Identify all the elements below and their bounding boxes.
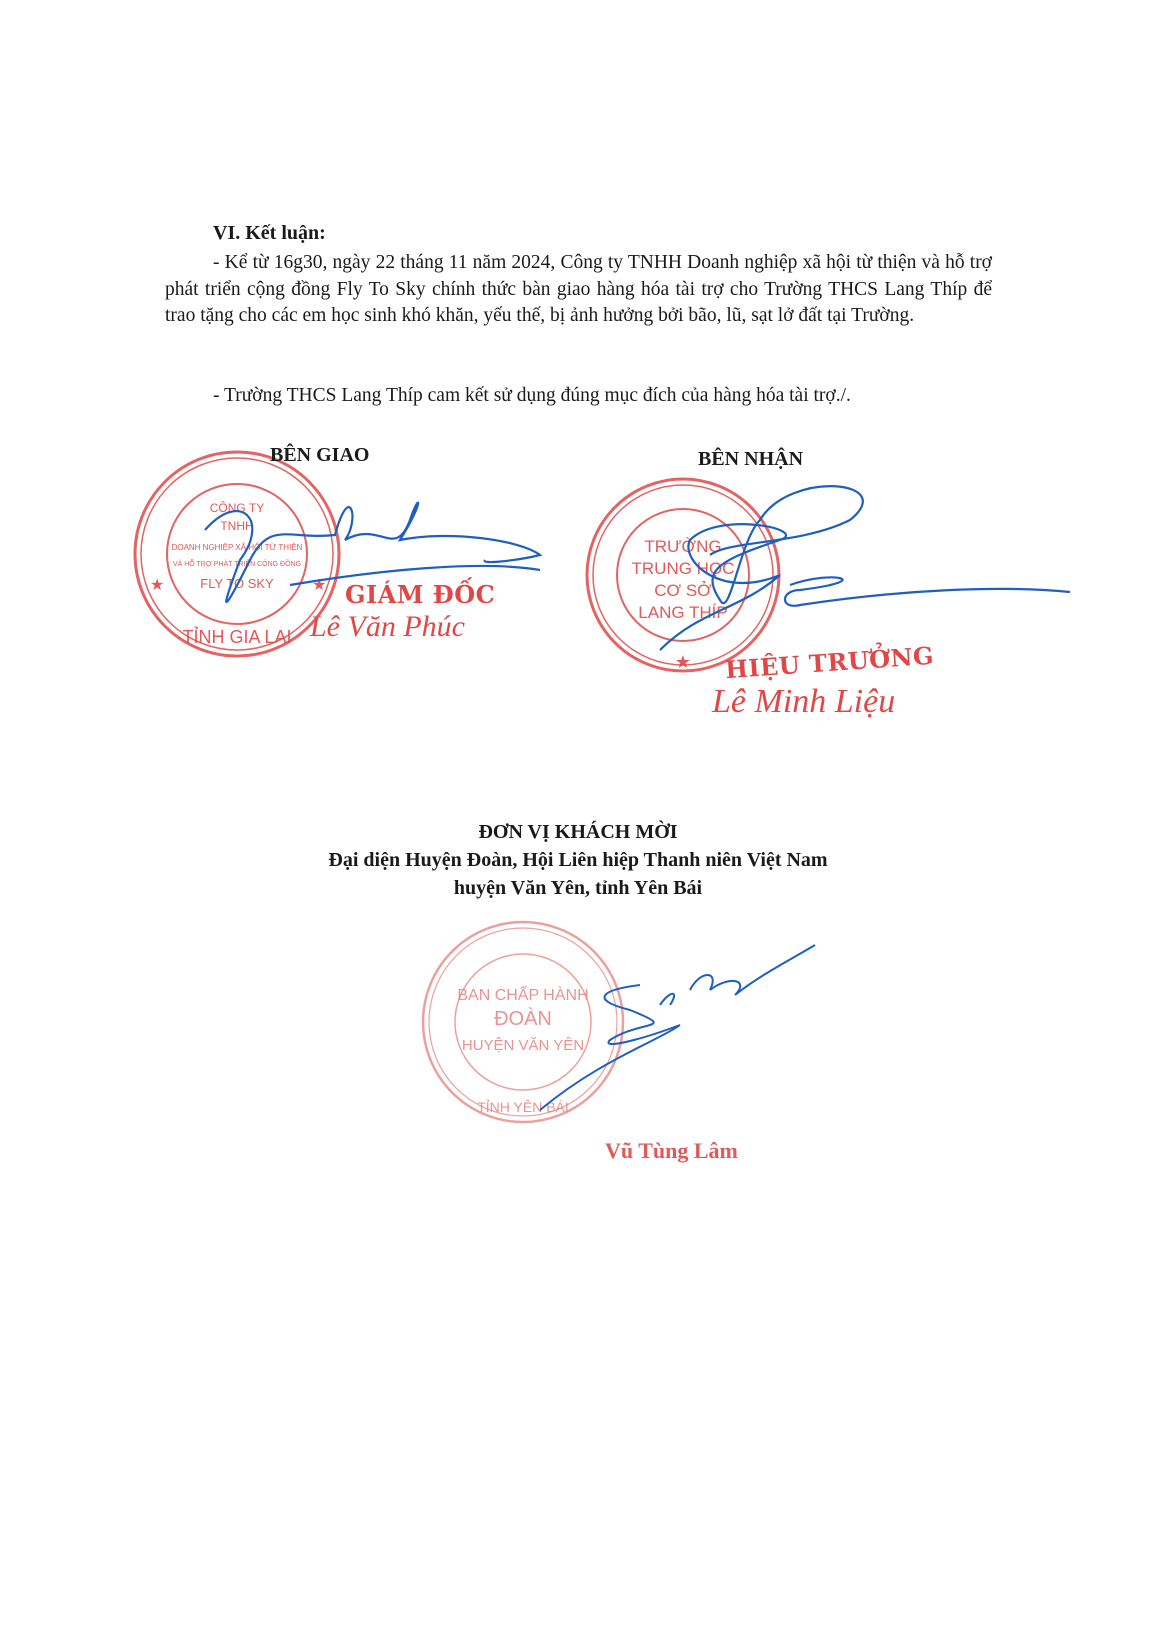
giver-stamp-bottom: TỈNH GIA LAI <box>182 626 291 647</box>
receiver-name: Lê Minh Liệu <box>712 683 895 721</box>
document-page: VI. Kết luận: - Kể từ 16g30, ngày 22 thá… <box>0 0 1156 1648</box>
guest-stamp-line: BAN CHẤP HÀNH <box>457 985 588 1004</box>
star-icon: ★ <box>150 577 164 594</box>
giver-heading: BÊN GIAO <box>270 444 369 467</box>
giver-stamp-line: DOANH NGHIỆP XÃ HỘI TỪ THIỆN <box>172 543 303 552</box>
guest-name: Vũ Tùng Lâm <box>605 1138 738 1164</box>
giver-name: Lê Văn Phúc <box>310 610 465 644</box>
guest-heading: ĐƠN VỊ KHÁCH MỜI <box>0 818 1156 846</box>
giver-title: GIÁM ĐỐC <box>345 580 495 609</box>
guest-signature <box>540 945 815 1110</box>
guest-stamp-line: HUYỆN VĂN YÊN <box>462 1037 584 1054</box>
star-icon: ★ <box>675 652 691 672</box>
guest-stamp-line: ĐOÀN <box>494 1007 552 1030</box>
receiver-heading: BÊN NHẬN <box>698 448 803 471</box>
giver-stamp <box>135 452 339 656</box>
receiver-stamp-line: TRƯỜNG <box>644 537 721 556</box>
guest-line-1: Đại diện Huyện Đoàn, Hội Liên hiệp Thanh… <box>0 846 1156 874</box>
guest-stamp-bottom: TỈNH YÊN BÁI <box>477 1099 569 1115</box>
giver-stamp-line: TNHH <box>220 519 253 533</box>
guest-line-2: huyện Văn Yên, tỉnh Yên Bái <box>0 874 1156 902</box>
receiver-stamp-line: CƠ SỞ <box>654 581 712 600</box>
giver-stamp-line: CÔNG TY <box>210 500 264 515</box>
